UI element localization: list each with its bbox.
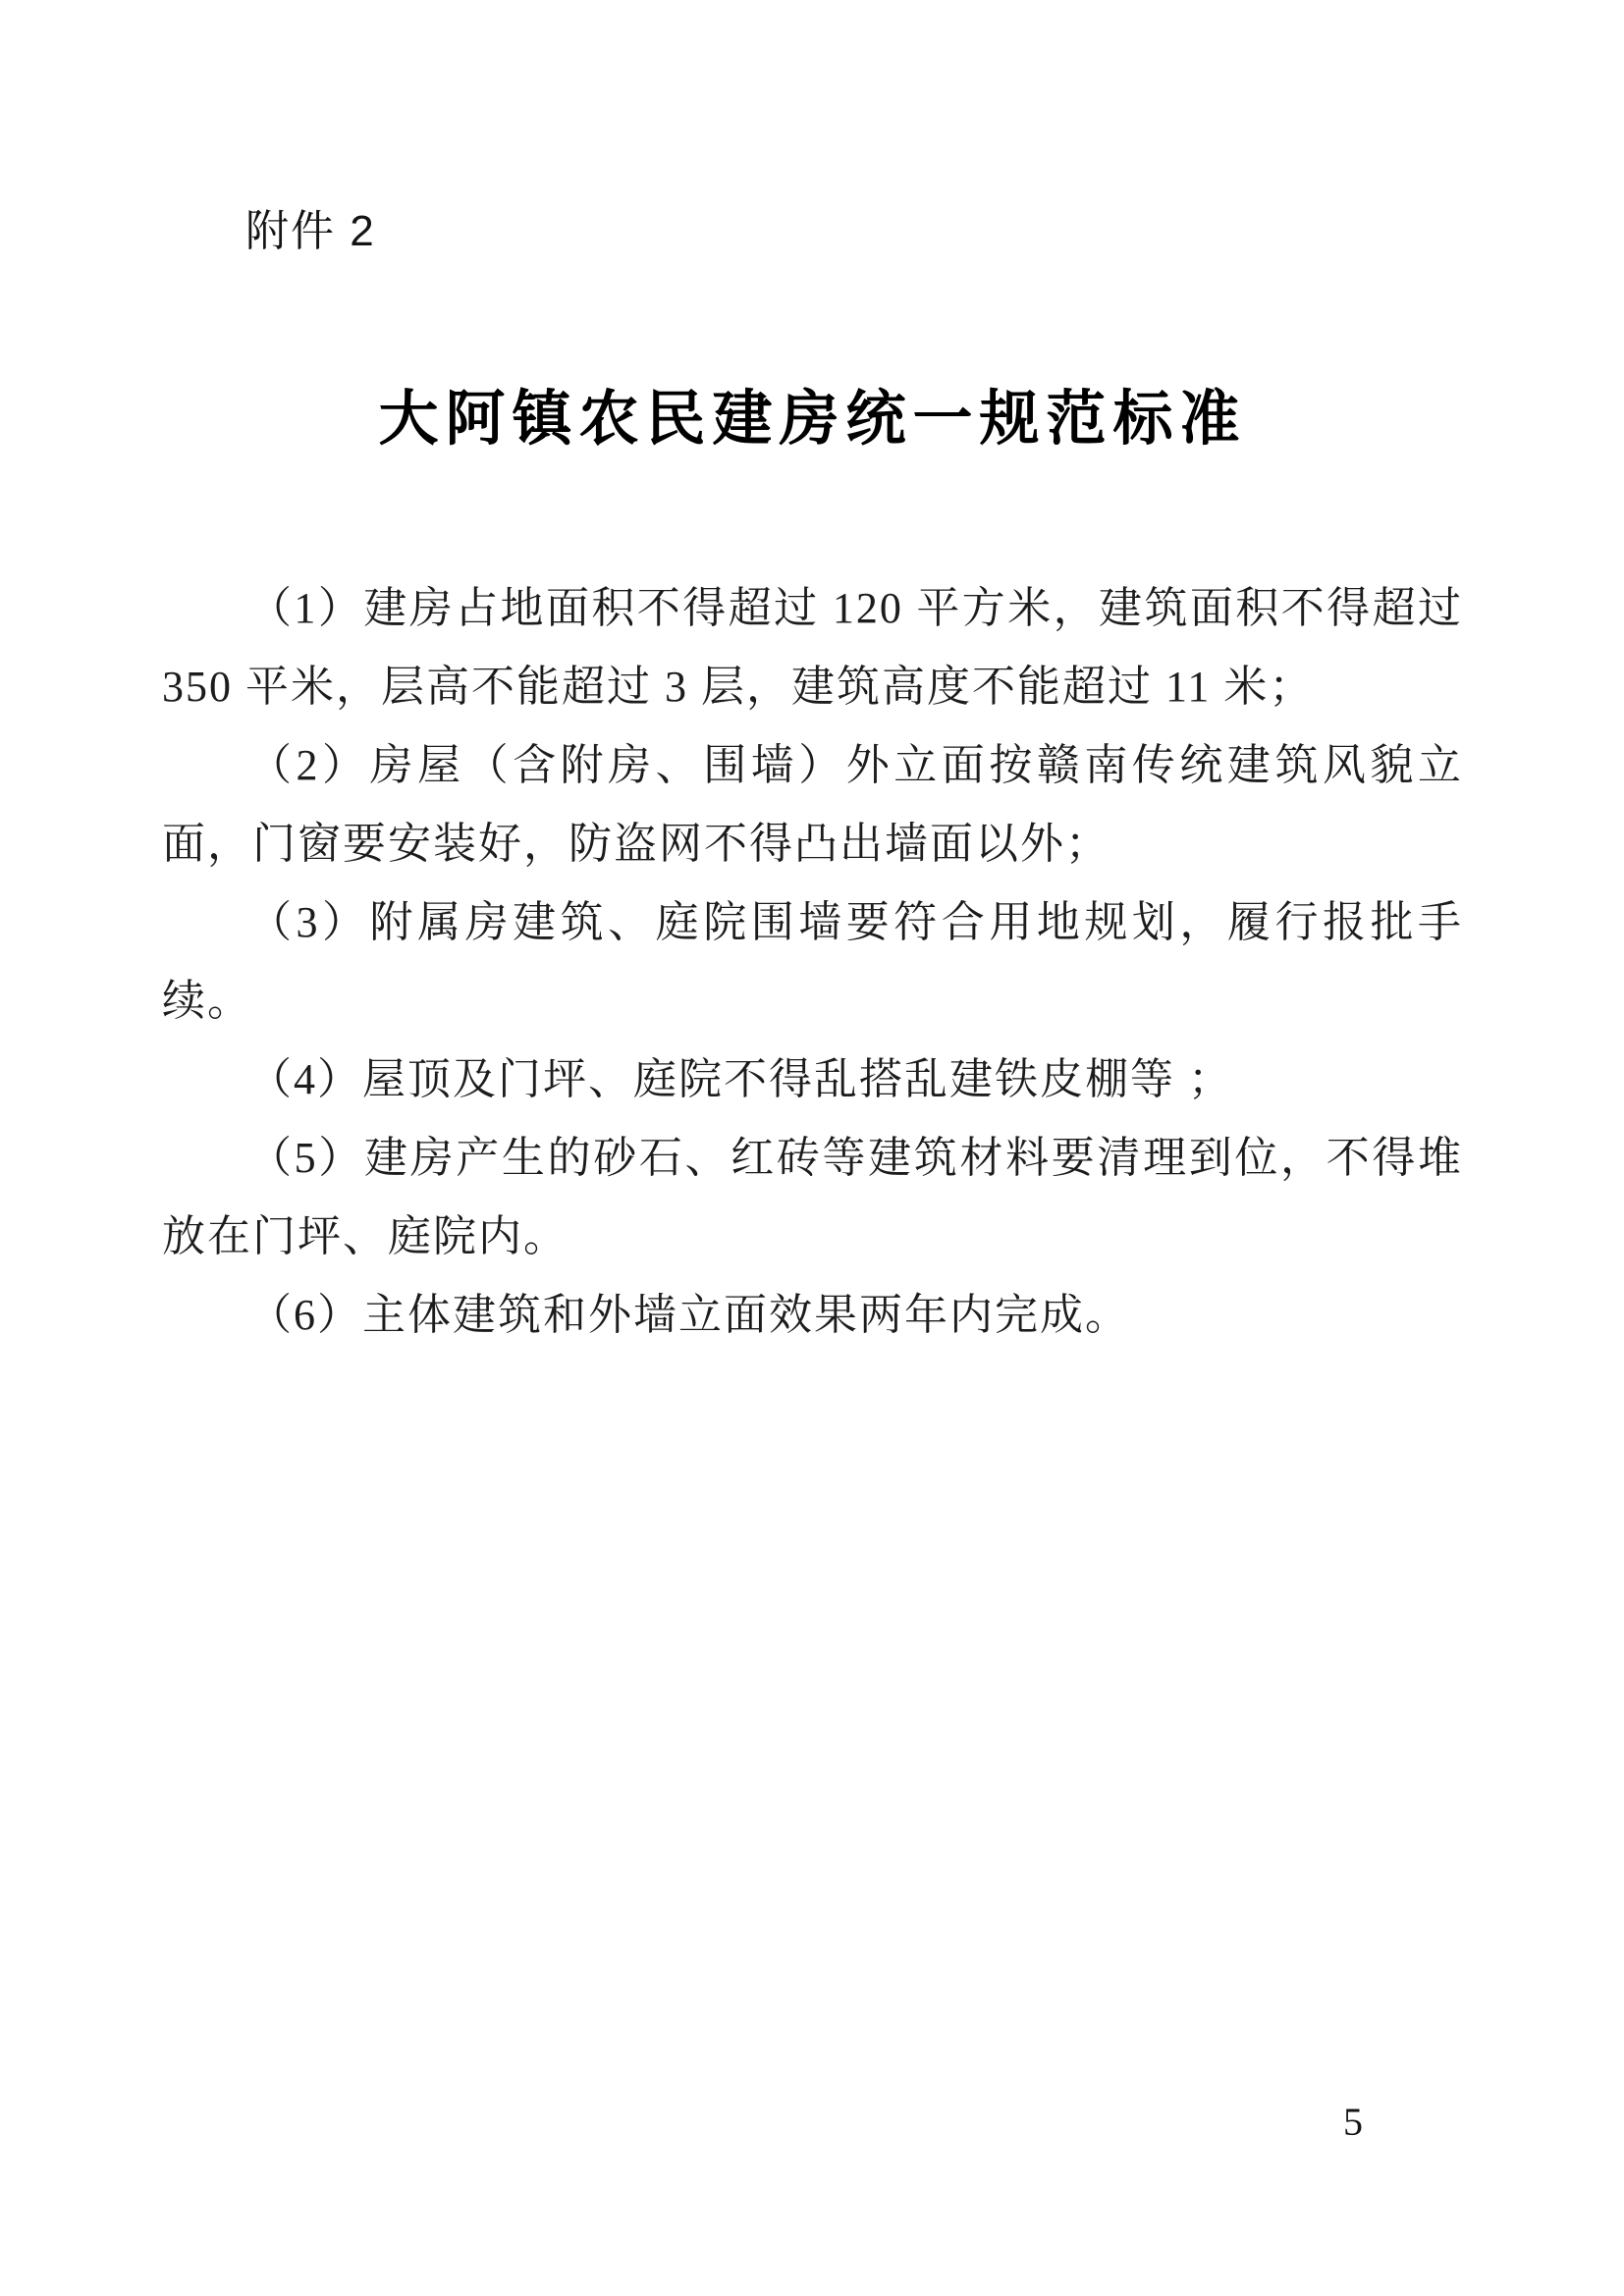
paragraph-5: （5）建房产生的砂石、红砖等建筑材料要清理到位，不得堆放在门坪、庭院内。	[162, 1119, 1463, 1276]
paragraph-2: （2）房屋（含附房、围墙）外立面按赣南传统建筑风貌立面，门窗要安装好，防盗网不得…	[162, 726, 1463, 883]
document-title: 大阿镇农民建房统一规范标准	[162, 386, 1463, 454]
document-body: （1）建房占地面积不得超过 120 平方米，建筑面积不得超过 350 平米，层高…	[162, 569, 1463, 1355]
attachment-label: 附件 2	[245, 208, 1463, 255]
paragraph-4: （4）屋顶及门坪、庭院不得乱搭乱建铁皮棚等 ；	[162, 1041, 1463, 1119]
paragraph-1: （1）建房占地面积不得超过 120 平方米，建筑面积不得超过 350 平米，层高…	[162, 569, 1463, 726]
document-page: 附件 2 大阿镇农民建房统一规范标准 （1）建房占地面积不得超过 120 平方米…	[0, 0, 1624, 2296]
paragraph-6: （6）主体建筑和外墙立面效果两年内完成。	[162, 1276, 1463, 1355]
paragraph-3: （3）附属房建筑、庭院围墙要符合用地规划，履行报批手续。	[162, 883, 1463, 1041]
page-number: 5	[1343, 2103, 1363, 2142]
